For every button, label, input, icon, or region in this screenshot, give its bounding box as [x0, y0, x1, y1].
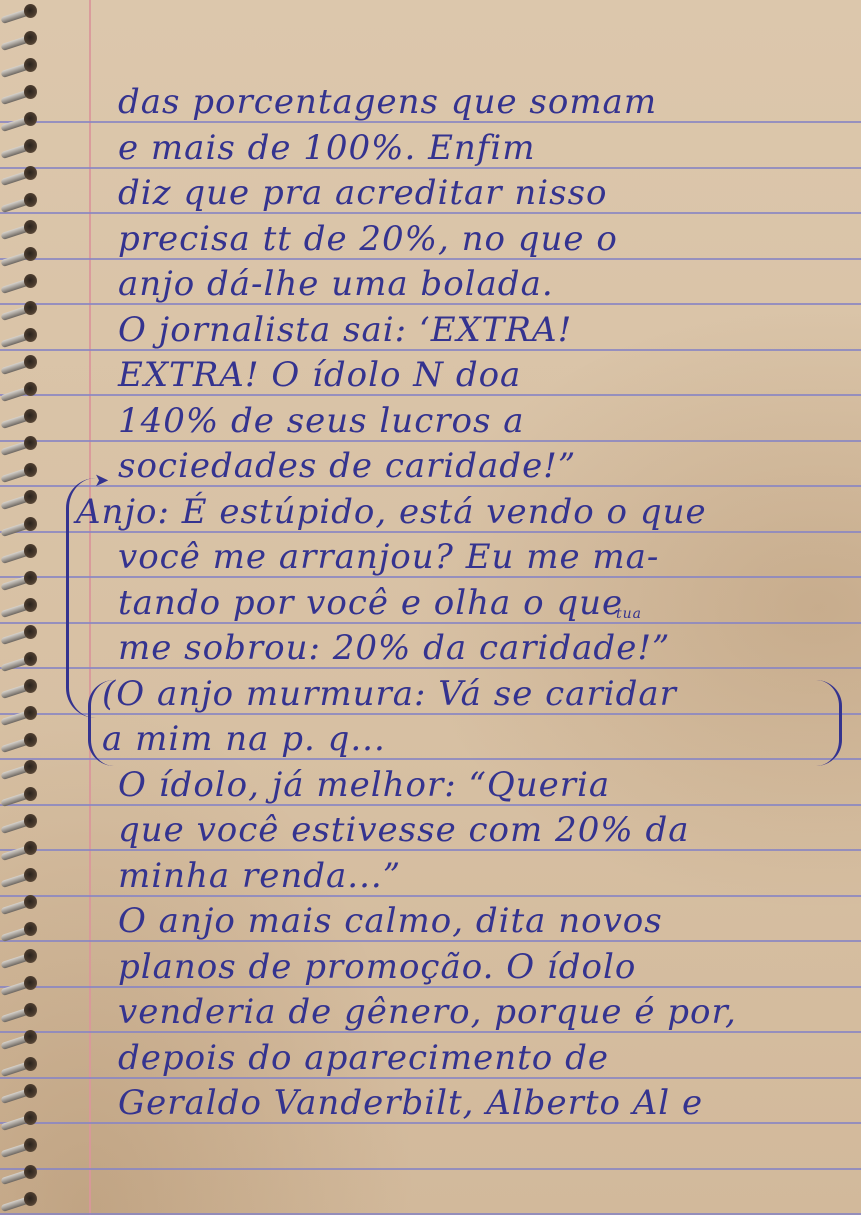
- spiral-ring: [0, 787, 36, 801]
- spiral-ring: [0, 328, 36, 342]
- spiral-ring: [0, 4, 36, 18]
- spiral-ring: [0, 679, 36, 693]
- arrow-icon: ➤: [94, 474, 110, 488]
- handwritten-line: planos de promoção. O ídolo: [118, 947, 636, 987]
- spiral-ring: [0, 139, 36, 153]
- handwritten-line: você me arranjou? Eu me ma-: [118, 537, 659, 577]
- spiral-ring: [0, 220, 36, 234]
- handwritten-line: O jornalista sai: ‘EXTRA!: [118, 310, 572, 350]
- handwritten-line: tando por você e olha o que: [118, 583, 623, 623]
- handwritten-line: das porcentagens que somam: [118, 82, 657, 122]
- handwritten-line: O ídolo, já melhor: “Queria: [118, 765, 610, 805]
- spiral-ring: [0, 544, 36, 558]
- spiral-ring: [0, 517, 36, 531]
- handwritten-line: minha renda...”: [118, 856, 401, 896]
- spiral-ring: [0, 571, 36, 585]
- spiral-ring: [0, 895, 36, 909]
- handwritten-line: Geraldo Vanderbilt, Alberto Al e: [118, 1083, 703, 1123]
- spiral-ring: [0, 31, 36, 45]
- handwritten-line: a mim na p. q...: [102, 719, 386, 759]
- spiral-ring: [0, 760, 36, 774]
- spiral-binding: [0, 0, 40, 1215]
- spiral-ring: [0, 868, 36, 882]
- spiral-ring: [0, 1165, 36, 1179]
- spiral-ring: [0, 112, 36, 126]
- notebook-page: ➤ das porcentagens que somame mais de 10…: [0, 0, 861, 1215]
- handwritten-line: O anjo mais calmo, dita novos: [118, 901, 663, 941]
- handwritten-line: precisa tt de 20%, no que o: [118, 219, 618, 259]
- superscript-annotation: tua: [616, 606, 642, 622]
- handwritten-line: venderia de gênero, porque é por,: [118, 992, 737, 1032]
- spiral-ring: [0, 1030, 36, 1044]
- spiral-ring: [0, 301, 36, 315]
- handwritten-line: Anjo: É estúpido, está vendo o que: [76, 492, 707, 532]
- spiral-ring: [0, 1192, 36, 1206]
- spiral-ring: [0, 625, 36, 639]
- spiral-ring: [0, 598, 36, 612]
- handwritten-line: depois do aparecimento de: [118, 1038, 609, 1078]
- handwritten-line: e mais de 100%. Enfim: [118, 128, 536, 168]
- spiral-ring: [0, 85, 36, 99]
- handwritten-line: sociedades de caridade!”: [118, 446, 576, 486]
- spiral-ring: [0, 193, 36, 207]
- spiral-ring: [0, 166, 36, 180]
- spiral-ring: [0, 247, 36, 261]
- spiral-ring: [0, 463, 36, 477]
- spiral-ring: [0, 436, 36, 450]
- spiral-ring: [0, 382, 36, 396]
- spiral-ring: [0, 1111, 36, 1125]
- spiral-ring: [0, 922, 36, 936]
- handwritten-line: (O anjo murmura: Vá se caridar: [102, 674, 677, 714]
- handwritten-line: 140% de seus lucros a: [118, 401, 525, 441]
- spiral-ring: [0, 1084, 36, 1098]
- handwritten-line: diz que pra acreditar nisso: [118, 173, 608, 213]
- spiral-ring: [0, 490, 36, 504]
- ruled-line: [0, 1168, 861, 1170]
- spiral-ring: [0, 1003, 36, 1017]
- spiral-ring: [0, 949, 36, 963]
- handwritten-line: me sobrou: 20% da caridade!”: [118, 628, 670, 668]
- spiral-ring: [0, 841, 36, 855]
- spiral-ring: [0, 355, 36, 369]
- spiral-ring: [0, 733, 36, 747]
- handwritten-line: EXTRA! O ídolo N doa: [118, 355, 521, 395]
- handwritten-line: anjo dá-lhe uma bolada.: [118, 264, 554, 304]
- spiral-ring: [0, 1138, 36, 1152]
- spiral-ring: [0, 1057, 36, 1071]
- handwritten-line: que você estivesse com 20% da: [118, 810, 689, 850]
- spiral-ring: [0, 976, 36, 990]
- spiral-ring: [0, 274, 36, 288]
- spiral-ring: [0, 814, 36, 828]
- spiral-ring: [0, 58, 36, 72]
- spiral-ring: [0, 409, 36, 423]
- spiral-ring: [0, 652, 36, 666]
- spiral-ring: [0, 706, 36, 720]
